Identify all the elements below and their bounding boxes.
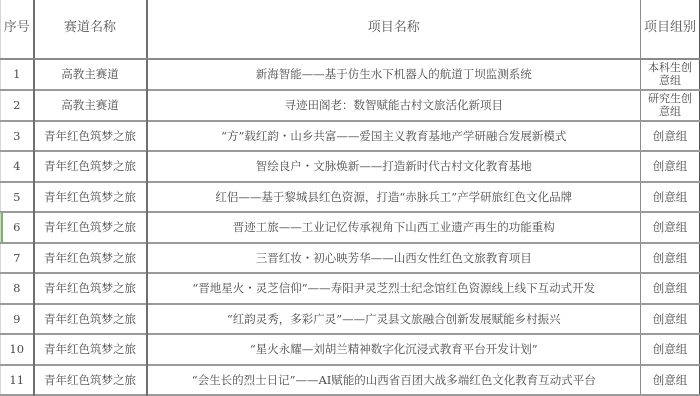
table-row: 5 青年红色筑梦之旅 红侣——基于黎城县红色资源，打造“赤脉兵工”产学研旅红色文… — [1, 182, 700, 213]
table-row: 3 青年红色筑梦之旅 “方”载红韵・山乡共富——爱国主义教育基地产学研融合发展新… — [1, 121, 700, 152]
cell-track[interactable]: 青年红色筑梦之旅 — [34, 121, 147, 152]
cell-project-name[interactable]: “晋地星火・灵芝信仰”——寿阳尹灵芝烈士纪念馆红色资源线上线下互动式开发 — [147, 273, 641, 304]
cell-track[interactable]: 青年红色筑梦之旅 — [34, 212, 147, 243]
cell-project-name[interactable]: “星火永耀—刘胡兰精神数字化沉浸式教育平台开发计划” — [147, 334, 641, 365]
cell-no[interactable]: 7 — [1, 243, 34, 274]
table-header-row: 序号 赛道名称 项目名称 项目组别 — [1, 0, 700, 59]
cell-project-group[interactable]: 创意组 — [641, 151, 700, 182]
cell-project-name[interactable]: 红侣——基于黎城县红色资源，打造“赤脉兵工”产学研旅红色文化品牌 — [147, 182, 641, 213]
cell-project-group[interactable]: 创意组 — [641, 365, 700, 394]
cell-project-group[interactable]: 创意组 — [641, 243, 700, 274]
cell-no[interactable]: 10 — [1, 334, 34, 365]
table-row: 4 青年红色筑梦之旅 智绘良户・文脉焕新——打造新时代古村文化教育基地 创意组 — [1, 151, 700, 182]
cell-no[interactable]: 3 — [1, 121, 34, 152]
cell-project-name[interactable]: 寻迹田阁老：数智赋能古村文旅活化新项目 — [147, 90, 641, 121]
cell-project-group[interactable]: 创意组 — [641, 334, 700, 365]
table-row: 11 青年红色筑梦之旅 “会生长的烈士日记”——AI赋能的山西省百团大战多端红色… — [1, 365, 700, 394]
cell-track[interactable]: 青年红色筑梦之旅 — [34, 304, 147, 335]
table-row: 6 青年红色筑梦之旅 晋迹工旅——工业记忆传承视角下山西工业遗产再生的功能重构 … — [1, 212, 700, 243]
cell-track[interactable]: 青年红色筑梦之旅 — [34, 243, 147, 274]
cell-no[interactable]: 4 — [1, 151, 34, 182]
cell-track[interactable]: 高教主赛道 — [34, 59, 147, 90]
table-row: 2 高教主赛道 寻迹田阁老：数智赋能古村文旅活化新项目 研究生创意组 — [1, 90, 700, 121]
project-list-table: 序号 赛道名称 项目名称 项目组别 1 高教主赛道 新海智能——基于仿生水下机器… — [0, 0, 700, 393]
cell-project-group[interactable]: 本科生创意组 — [641, 59, 700, 90]
table-row: 9 青年红色筑梦之旅 “红韵灵秀，多彩广灵”——广灵县文旅融合创新发展赋能乡村振… — [1, 304, 700, 335]
header-no: 序号 — [1, 0, 34, 59]
table-row: 7 青年红色筑梦之旅 三晋红妆・初心映芳华——山西女性红色文旅教育项目 创意组 — [1, 243, 700, 274]
cell-no-selected[interactable]: 6 — [1, 212, 34, 243]
cell-project-group[interactable]: 创意组 — [641, 212, 700, 243]
cell-project-group[interactable]: 研究生创意组 — [641, 90, 700, 121]
cell-no[interactable]: 5 — [1, 182, 34, 213]
cell-no[interactable]: 2 — [1, 90, 34, 121]
cell-no[interactable]: 11 — [1, 365, 34, 394]
cell-project-name[interactable]: “方”载红韵・山乡共富——爱国主义教育基地产学研融合发展新模式 — [147, 121, 641, 152]
header-project-group: 项目组别 — [641, 0, 700, 59]
cell-project-group[interactable]: 创意组 — [641, 304, 700, 335]
header-project-name: 项目名称 — [147, 0, 641, 59]
cell-project-name[interactable]: 新海智能——基于仿生水下机器人的航道丁坝监测系统 — [147, 59, 641, 90]
table-row: 8 青年红色筑梦之旅 “晋地星火・灵芝信仰”——寿阳尹灵芝烈士纪念馆红色资源线上… — [1, 273, 700, 304]
cell-project-name[interactable]: 智绘良户・文脉焕新——打造新时代古村文化教育基地 — [147, 151, 641, 182]
cell-no[interactable]: 1 — [1, 59, 34, 90]
cell-track[interactable]: 青年红色筑梦之旅 — [34, 151, 147, 182]
spreadsheet-table-view: 序号 赛道名称 项目名称 项目组别 1 高教主赛道 新海智能——基于仿生水下机器… — [0, 0, 700, 393]
cell-track[interactable]: 青年红色筑梦之旅 — [34, 365, 147, 394]
cell-track[interactable]: 青年红色筑梦之旅 — [34, 182, 147, 213]
table-row: 10 青年红色筑梦之旅 “星火永耀—刘胡兰精神数字化沉浸式教育平台开发计划” 创… — [1, 334, 700, 365]
header-track: 赛道名称 — [34, 0, 147, 59]
cell-project-group[interactable]: 创意组 — [641, 182, 700, 213]
cell-project-name[interactable]: 晋迹工旅——工业记忆传承视角下山西工业遗产再生的功能重构 — [147, 212, 641, 243]
table-row: 1 高教主赛道 新海智能——基于仿生水下机器人的航道丁坝监测系统 本科生创意组 — [1, 59, 700, 90]
cell-track[interactable]: 高教主赛道 — [34, 90, 147, 121]
cell-project-group[interactable]: 创意组 — [641, 121, 700, 152]
cell-no[interactable]: 8 — [1, 273, 34, 304]
cell-track[interactable]: 青年红色筑梦之旅 — [34, 273, 147, 304]
cell-no[interactable]: 9 — [1, 304, 34, 335]
cell-track[interactable]: 青年红色筑梦之旅 — [34, 334, 147, 365]
cell-project-name[interactable]: “会生长的烈士日记”——AI赋能的山西省百团大战多端红色文化教育互动式平台 — [147, 365, 641, 394]
cell-project-name[interactable]: 三晋红妆・初心映芳华——山西女性红色文旅教育项目 — [147, 243, 641, 274]
cell-project-group[interactable]: 创意组 — [641, 273, 700, 304]
cell-project-name[interactable]: “红韵灵秀，多彩广灵”——广灵县文旅融合创新发展赋能乡村振兴 — [147, 304, 641, 335]
